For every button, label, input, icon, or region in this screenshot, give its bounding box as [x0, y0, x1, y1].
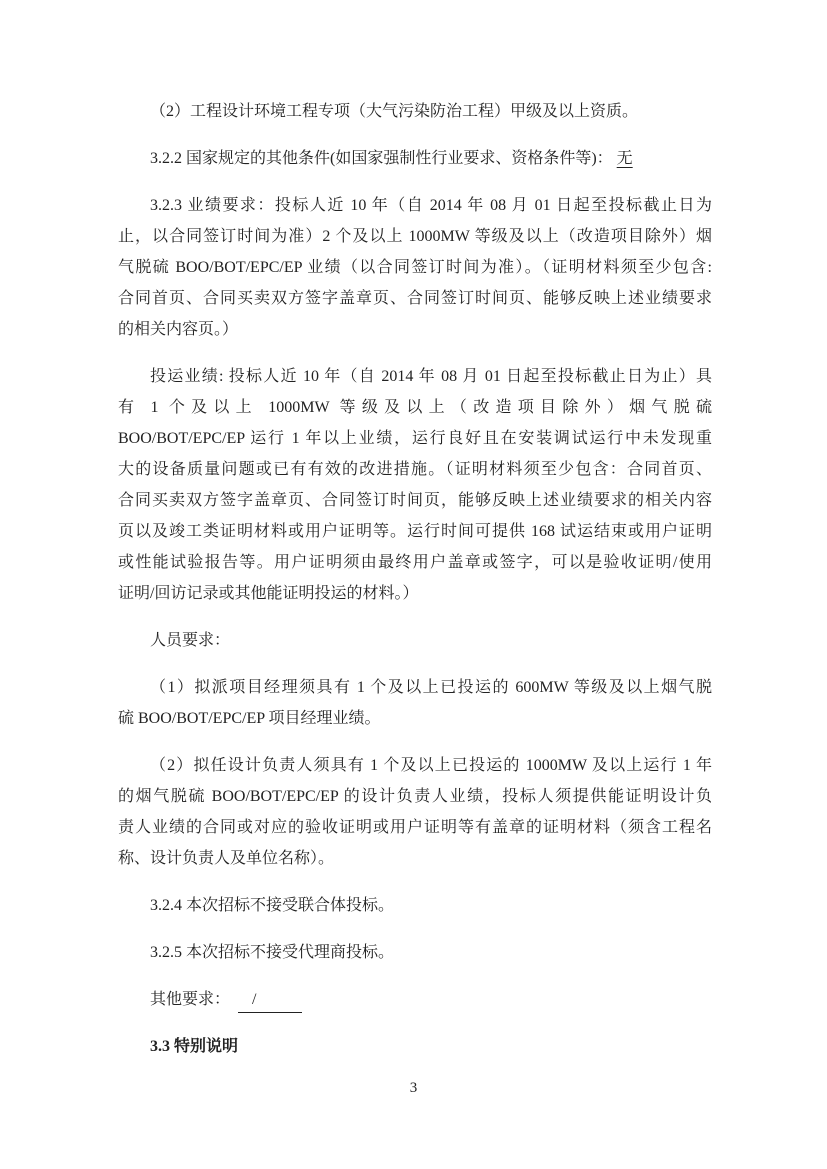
clause-3-2-5: 3.2.5 本次招标不接受代理商投标。: [118, 937, 712, 968]
clause-3-2-2-text: 3.2.2 国家规定的其他条件(如国家强制性行业要求、资格条件等)：: [150, 150, 617, 167]
clause-3-2-2: 3.2.2 国家规定的其他条件(如国家强制性行业要求、资格条件等)： 无: [118, 143, 712, 174]
operation-performance-paragraph: 投运业绩: 投标人近 10 年（自 2014 年 08 月 01 日起至投标截止…: [118, 361, 712, 609]
text-line: 大的设备质量问题或已有有效的改进措施。（证明材料须至少包含：合同首页、: [118, 454, 712, 485]
document-body: （2）工程设计环境工程专项（大气污染防治工程）甲级及以上资质。 3.2.2 国家…: [118, 96, 712, 1078]
text-line: 或性能试验报告等。用户证明须由最终用户盖章或签字，可以是验收证明/使用: [118, 547, 712, 578]
text-line: （2）拟任设计负责人须具有 1 个及以上已投运的 1000MW 及以上运行 1 …: [118, 750, 712, 781]
text-line: 称、设计负责人及单位名称）。: [118, 843, 712, 874]
other-requirements: 其他要求：/: [118, 984, 712, 1015]
clause-3-2-2-value: 无: [617, 150, 633, 167]
text-line: （1）拟派项目经理须具有 1 个及以上已投运的 600MW 等级及以上烟气脱: [118, 672, 712, 703]
other-requirements-value: /: [238, 988, 302, 1013]
personnel-requirements-heading: 人员要求：: [118, 625, 712, 656]
document-page: （2）工程设计环境工程专项（大气污染防治工程）甲级及以上资质。 3.2.2 国家…: [0, 0, 827, 1169]
text-line: BOO/BOT/EPC/EP 运行 1 年以上业绩，运行良好且在安装调试运行中未…: [118, 423, 712, 454]
text-line: 投运业绩: 投标人近 10 年（自 2014 年 08 月 01 日起至投标截止…: [118, 361, 712, 392]
clause-item-2: （2）工程设计环境工程专项（大气污染防治工程）甲级及以上资质。: [118, 96, 712, 127]
text-line: 页以及竣工类证明材料或用户证明等。运行时间可提供 168 试运结束或用户证明: [118, 516, 712, 547]
text-line: 的相关内容页。）: [118, 314, 712, 345]
text-line: 合同买卖双方签字盖章页、合同签订时间页，能够反映上述业绩要求的相关内容: [118, 485, 712, 516]
text-line: 气脱硫 BOO/BOT/EPC/EP 业绩（以合同签订时间为准）。（证明材料须至…: [118, 252, 712, 283]
clause-3-2-4: 3.2.4 本次招标不接受联合体投标。: [118, 890, 712, 921]
text-line: 硫 BOO/BOT/EPC/EP 项目经理业绩。: [118, 703, 712, 734]
section-3-3-heading: 3.3 特别说明: [118, 1031, 712, 1062]
text-line: 的烟气脱硫 BOO/BOT/EPC/EP 的设计负责人业绩，投标人须提供能证明设…: [118, 781, 712, 812]
text-line: 责人业绩的合同或对应的验收证明或用户证明等有盖章的证明材料（须含工程名: [118, 812, 712, 843]
page-number: 3: [0, 1078, 827, 1098]
text-line: 有 1 个及以上 1000MW 等级及以上（改造项目除外）烟气脱硫: [118, 392, 712, 423]
text-line: 证明/回访记录或其他能证明投运的材料。）: [118, 578, 712, 609]
personnel-item-2: （2）拟任设计负责人须具有 1 个及以上已投运的 1000MW 及以上运行 1 …: [118, 750, 712, 874]
text-line: 3.2.3 业绩要求：投标人近 10 年（自 2014 年 08 月 01 日起…: [118, 190, 712, 221]
text-line: 合同首页、合同买卖双方签字盖章页、合同签订时间页、能够反映上述业绩要求: [118, 283, 712, 314]
text-line: 止，以合同签订时间为准）2 个及以上 1000MW 等级及以上（改造项目除外）烟: [118, 221, 712, 252]
personnel-item-1: （1）拟派项目经理须具有 1 个及以上已投运的 600MW 等级及以上烟气脱 硫…: [118, 672, 712, 734]
clause-3-2-3: 3.2.3 业绩要求：投标人近 10 年（自 2014 年 08 月 01 日起…: [118, 190, 712, 345]
other-requirements-label: 其他要求：: [150, 991, 230, 1008]
